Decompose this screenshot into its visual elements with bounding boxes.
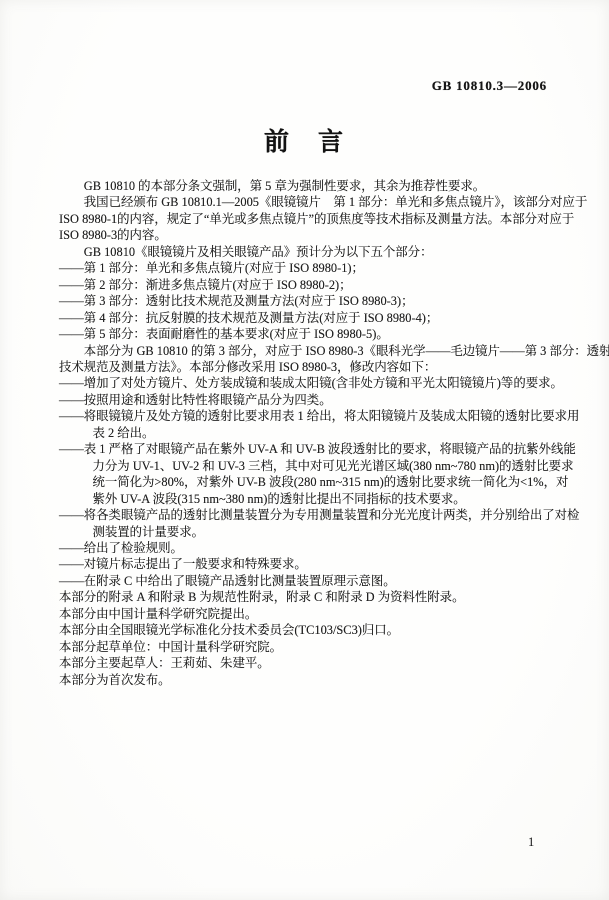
body-line: ——在附录 C 中给出了眼镜产品透射比测量装置原理示意图。 — [59, 573, 551, 589]
body-line: 统一简化为>80%，对紫外 UV-B 波段(280 nm~315 nm)的透射比… — [59, 474, 551, 490]
body-line: ——将各类眼镜产品的透射比测量装置分为专用测量装置和分光光度计两类，并分别给出了… — [59, 507, 551, 523]
foreword-body: GB 10810 的本部分条文强制，第 5 章为强制性要求，其余为推荐性要求。 … — [59, 178, 551, 688]
body-line: ——对镜片标志提出了一般要求和特殊要求。 — [59, 556, 551, 572]
body-line: ——按照用途和透射比特性将眼镜产品分为四类。 — [59, 392, 551, 408]
body-line: 紫外 UV-A 波段(315 nm~380 nm)的透射比提出不同指标的技术要求… — [59, 491, 551, 507]
body-line: 本部分由中国计量科学研究院提出。 — [59, 606, 551, 622]
body-line: GB 10810 的本部分条文强制，第 5 章为强制性要求，其余为推荐性要求。 — [59, 178, 551, 194]
body-line: ——表 1 严格了对眼镜产品在紫外 UV-A 和 UV-B 波段透射比的要求，将… — [59, 441, 551, 457]
body-line: ISO 8980-3的内容。 — [59, 227, 551, 243]
body-line: 本部分起草单位：中国计量科学研究院。 — [59, 639, 551, 655]
body-line: ISO 8980-1的内容，规定了“单光或多焦点镜片”的顶焦度等技术指标及测量方… — [59, 211, 551, 227]
body-line: 测装置的计量要求。 — [59, 524, 551, 540]
body-line: ——第 5 部分：表面耐磨性的基本要求(对应于 ISO 8980-5)。 — [59, 326, 551, 342]
standard-number: GB 10810.3—2006 — [432, 78, 547, 94]
body-line: ——第 1 部分：单光和多焦点镜片(对应于 ISO 8980-1)； — [59, 260, 551, 276]
body-line: 本部分为首次发布。 — [59, 672, 551, 688]
body-line: 本部分主要起草人：王莉茹、朱建平。 — [59, 655, 551, 671]
body-line: ——第 4 部分：抗反射膜的技术规范及测量方法(对应于 ISO 8980-4)； — [59, 310, 551, 326]
body-line: 本部分为 GB 10810 的第 3 部分，对应于 ISO 8980-3《眼科光… — [59, 343, 551, 359]
body-line: ——给出了检验规则。 — [59, 540, 551, 556]
body-line: 本部分的附录 A 和附录 B 为规范性附录，附录 C 和附录 D 为资料性附录。 — [59, 589, 551, 605]
page-title: 前 言 — [0, 122, 609, 158]
body-line: 力分为 UV-1、UV-2 和 UV-3 三档，其中对可见光光谱区域(380 n… — [59, 458, 551, 474]
body-line: ——第 2 部分：渐进多焦点镜片(对应于 ISO 8980-2)； — [59, 277, 551, 293]
body-line: ——第 3 部分：透射比技术规范及测量方法(对应于 ISO 8980-3)； — [59, 293, 551, 309]
body-line: ——增加了对处方镜片、处方装成镜和装成太阳镜(含非处方镜和平光太阳镜镜片)等的要… — [59, 375, 551, 391]
body-line: 技术规范及测量方法》。本部分修改采用 ISO 8980-3，修改内容如下： — [59, 359, 551, 375]
body-line: 表 2 给出。 — [59, 425, 551, 441]
document-page: GB 10810.3—2006 前 言 GB 10810 的本部分条文强制，第 … — [0, 0, 609, 900]
body-line: 我国已经颁布 GB 10810.1—2005《眼镜镜片 第 1 部分：单光和多焦… — [59, 194, 551, 210]
body-line: 本部分由全国眼镜光学标准化分技术委员会(TC103/SC3)归口。 — [59, 622, 551, 638]
body-line: ——将眼镜镜片及处方镜的透射比要求用表 1 给出，将太阳镜镜片及装成太阳镜的透射… — [59, 408, 551, 424]
body-line: GB 10810《眼镜镜片及相关眼镜产品》预计分为以下五个部分： — [59, 244, 551, 260]
page-number: 1 — [528, 835, 534, 850]
